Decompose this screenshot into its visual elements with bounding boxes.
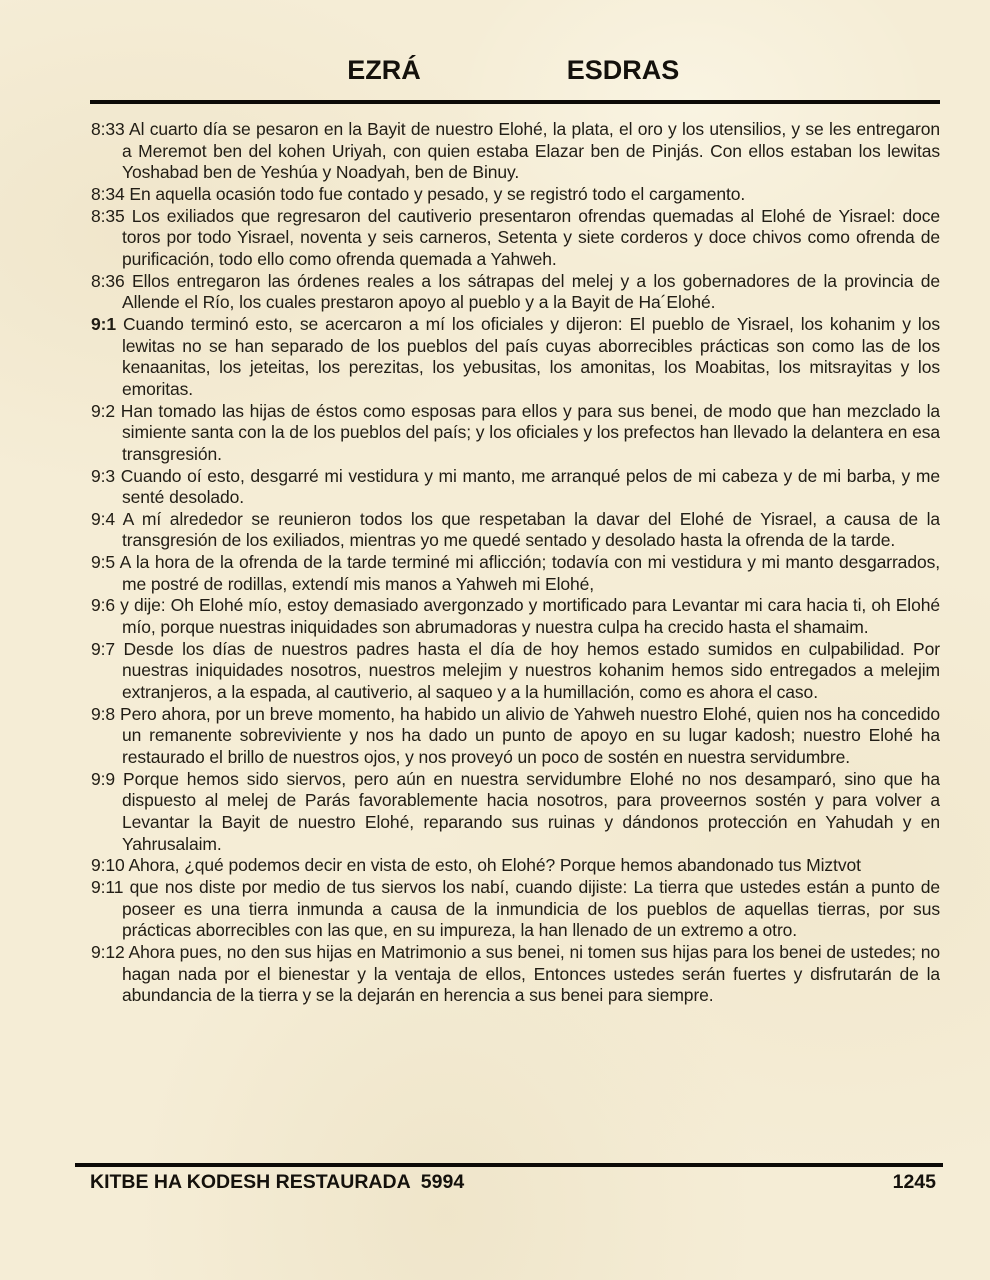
verse-number: 9:8 (91, 704, 115, 724)
verse-text: Ahora pues, no den sus hijas en Matrimon… (122, 942, 940, 1005)
header-rule (90, 100, 940, 104)
verse-number: 8:35 (91, 206, 125, 226)
verse-list: 8:33 Al cuarto día se pesaron en la Bayi… (91, 119, 940, 1161)
verse-text: Los exiliados que regresaron del cautive… (122, 206, 940, 269)
verse-number: 9:1 (91, 314, 116, 334)
page-header: EZRÁ ESDRAS (90, 55, 940, 95)
verse-paragraph: 8:33 Al cuarto día se pesaron en la Bayi… (91, 119, 940, 184)
verse-paragraph: 9:10 Ahora, ¿qué podemos decir en vista … (91, 855, 940, 877)
verse-text: A mí alrededor se reunieron todos los qu… (115, 509, 940, 551)
verse-number: 9:5 (91, 552, 115, 572)
verse-paragraph: 9:4 A mí alrededor se reunieron todos lo… (91, 509, 940, 552)
verse-paragraph: 9:2 Han tomado las hijas de éstos como e… (91, 401, 940, 466)
verse-paragraph: 9:3 Cuando oí esto, desgarré mi vestidur… (91, 466, 940, 509)
verse-paragraph: 9:5 A la hora de la ofrenda de la tarde … (91, 552, 940, 595)
verse-number: 9:10 (91, 855, 125, 875)
verse-paragraph: 9:11 que nos diste por medio de tus sier… (91, 877, 940, 942)
verse-number: 8:36 (91, 271, 125, 291)
verse-number: 9:3 (91, 466, 115, 486)
verse-text: A la hora de la ofrenda de la tarde term… (115, 552, 940, 594)
verse-text: Desde los días de nuestros padres hasta … (115, 639, 940, 702)
verse-text: Han tomado las hijas de éstos como espos… (115, 401, 940, 464)
verse-number: 9:6 (91, 595, 115, 615)
verse-text: Pero ahora, por un breve momento, ha hab… (115, 704, 940, 767)
page-footer: KITBE HA KODESH RESTAURADA 5994 1245 (90, 1171, 936, 1194)
verse-paragraph: 8:34 En aquella ocasión todo fue contado… (91, 184, 940, 206)
verse-number: 9:9 (91, 769, 115, 789)
verse-text: En aquella ocasión todo fue contado y pe… (125, 184, 745, 204)
verse-paragraph: 8:35 Los exiliados que regresaron del ca… (91, 206, 940, 271)
footer-rule (75, 1163, 943, 1167)
verse-number: 8:34 (91, 184, 125, 204)
verse-paragraph: 9:7 Desde los días de nuestros padres ha… (91, 639, 940, 704)
verse-number: 8:33 (91, 119, 125, 139)
verse-text: Porque hemos sido siervos, pero aún en n… (115, 769, 940, 854)
verse-number: 9:4 (91, 509, 115, 529)
document-page: EZRÁ ESDRAS 8:33 Al cuarto día se pesaro… (0, 0, 990, 1280)
verse-paragraph: 9:1 Cuando terminó esto, se acercaron a … (91, 314, 940, 401)
verse-number: 9:7 (91, 639, 115, 659)
verse-number: 9:2 (91, 401, 115, 421)
verse-paragraph: 8:36 Ellos entregaron las órdenes reales… (91, 271, 940, 314)
footer-page-number: 1245 (893, 1171, 936, 1194)
verse-text: Cuando oí esto, desgarré mi vestidura y … (115, 466, 940, 508)
verse-text: Al cuarto día se pesaron en la Bayit de … (122, 119, 940, 182)
verse-number: 9:11 (91, 877, 123, 897)
verse-text: Cuando terminó esto, se acercaron a mí l… (116, 314, 940, 399)
book-title-spanish: ESDRAS (567, 55, 680, 86)
verse-paragraph: 9:8 Pero ahora, por un breve momento, ha… (91, 704, 940, 769)
verse-text: Ellos entregaron las órdenes reales a lo… (122, 271, 940, 313)
verse-text: y dije: Oh Elohé mío, estoy demasiado av… (115, 595, 940, 637)
verse-text: que nos diste por medio de tus siervos l… (122, 877, 940, 940)
verse-number: 9:12 (91, 942, 125, 962)
verse-paragraph: 9:9 Porque hemos sido siervos, pero aún … (91, 769, 940, 856)
verse-paragraph: 9:12 Ahora pues, no den sus hijas en Mat… (91, 942, 940, 1007)
verse-paragraph: 9:6 y dije: Oh Elohé mío, estoy demasiad… (91, 595, 940, 638)
verse-text: Ahora, ¿qué podemos decir en vista de es… (125, 855, 861, 875)
footer-edition-title: KITBE HA KODESH RESTAURADA 5994 (90, 1171, 464, 1194)
book-title-hebrew: EZRÁ (347, 55, 421, 86)
